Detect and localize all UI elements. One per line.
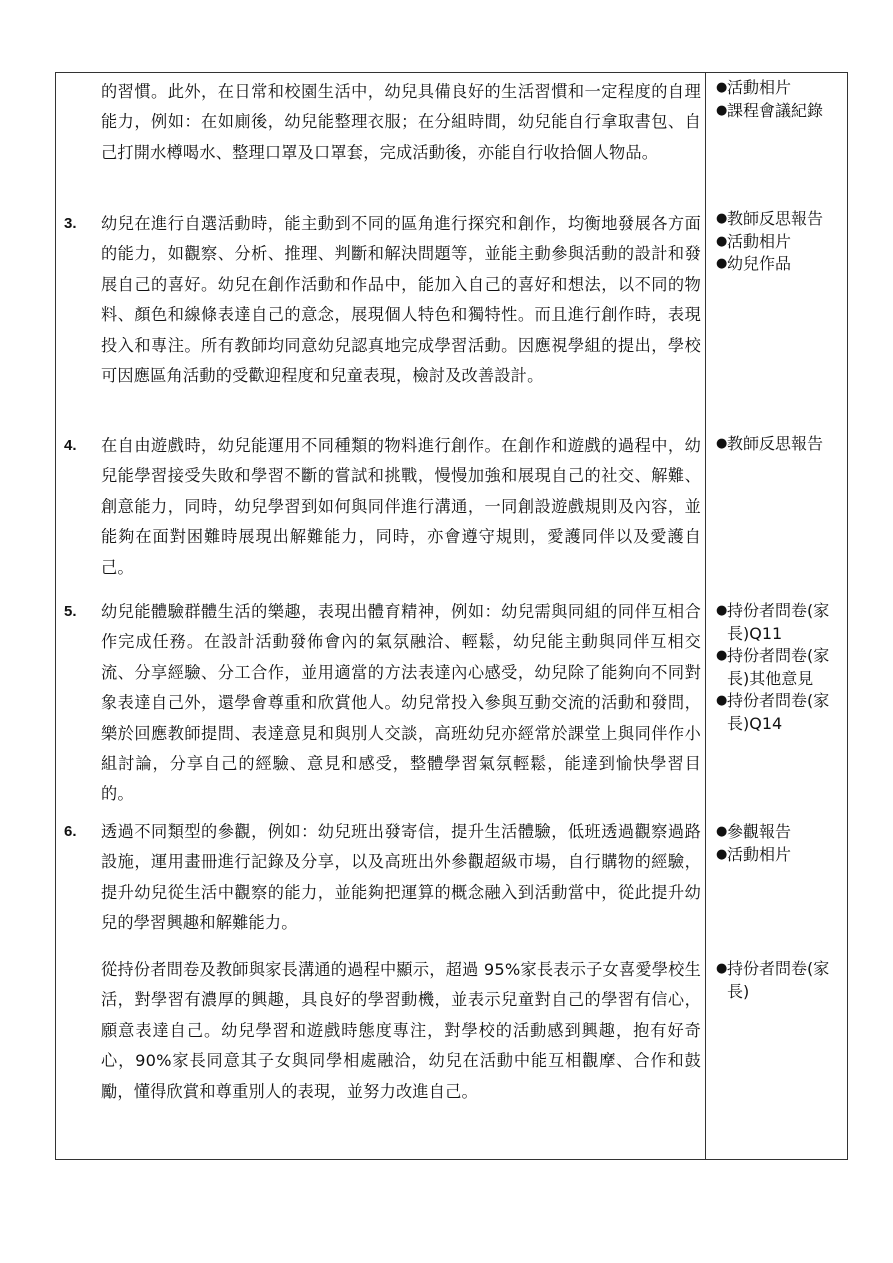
bullet-icon: ●: [716, 645, 727, 668]
evidence-item: ●參觀報告: [707, 821, 847, 844]
bullet-icon: ●: [716, 231, 727, 254]
evidence-list: ●教師反思報告 ●活動相片 ●幼兒作品: [707, 208, 847, 276]
finding-text: 幼兒在進行自選活動時，能主動到不同的區角進行探究和創作，均衡地發展各方面的能力，…: [101, 209, 701, 391]
bullet-icon: ●: [716, 690, 727, 713]
evidence-item: ●教師反思報告: [707, 433, 847, 456]
bullet-icon: ●: [716, 253, 727, 276]
evidence-item: ●持份者問卷(家長)Q14: [707, 690, 847, 735]
bullet-icon: ●: [716, 433, 727, 456]
evidence-item: ●教師反思報告: [707, 208, 847, 231]
evidence-item: ●持份者問卷(家長)其他意見: [707, 645, 847, 690]
evidence-list: ●活動相片 ●課程會議紀錄: [707, 77, 847, 122]
bullet-icon: ●: [716, 77, 727, 100]
evaluation-table: 的習慣。此外，在日常和校園生活中，幼兒具備良好的生活習慣和一定程度的自理能力，例…: [55, 72, 848, 1160]
bullet-icon: ●: [716, 100, 727, 123]
bullet-icon: ●: [716, 208, 727, 231]
finding-text: 透過不同類型的參觀，例如：幼兒班出發寄信，提升生活體驗，低班透過觀察過路設施，運…: [101, 817, 701, 939]
evidence-list: ●教師反思報告: [707, 433, 847, 456]
evidence-item: ●持份者問卷(家長)Q11: [707, 600, 847, 645]
evidence-list: ●持份者問卷(家長)Q11 ●持份者問卷(家長)其他意見 ●持份者問卷(家長)Q…: [707, 600, 847, 735]
item-number: 5.: [64, 597, 77, 627]
evidence-item: ●幼兒作品: [707, 253, 847, 276]
evidence-item: ●活動相片: [707, 231, 847, 254]
item-number: 6.: [64, 817, 77, 847]
column-divider: [705, 73, 706, 1159]
evidence-list: ●參觀報告 ●活動相片: [707, 821, 847, 866]
evidence-list: ●持份者問卷(家長): [707, 958, 847, 1003]
finding-text: 從持份者問卷及教師與家長溝通的過程中顯示，超過 95%家長表示子女喜愛學校生活，…: [101, 955, 701, 1107]
bullet-icon: ●: [716, 600, 727, 623]
bullet-icon: ●: [716, 958, 727, 981]
item-number: 3.: [64, 209, 77, 239]
evidence-item: ●活動相片: [707, 77, 847, 100]
item-number: 4.: [64, 431, 77, 461]
bullet-icon: ●: [716, 844, 727, 867]
evidence-item: ●課程會議紀錄: [707, 100, 847, 123]
evidence-item: ●持份者問卷(家長): [707, 958, 847, 1003]
evidence-item: ●活動相片: [707, 844, 847, 867]
finding-text: 在自由遊戲時，幼兒能運用不同種類的物料進行創作。在創作和遊戲的過程中，幼兒能學習…: [101, 431, 701, 583]
finding-text: 幼兒能體驗群體生活的樂趣，表現出體育精神，例如：幼兒需與同組的同伴互相合作完成任…: [101, 597, 701, 810]
finding-text: 的習慣。此外，在日常和校園生活中，幼兒具備良好的生活習慣和一定程度的自理能力，例…: [101, 77, 701, 168]
bullet-icon: ●: [716, 821, 727, 844]
